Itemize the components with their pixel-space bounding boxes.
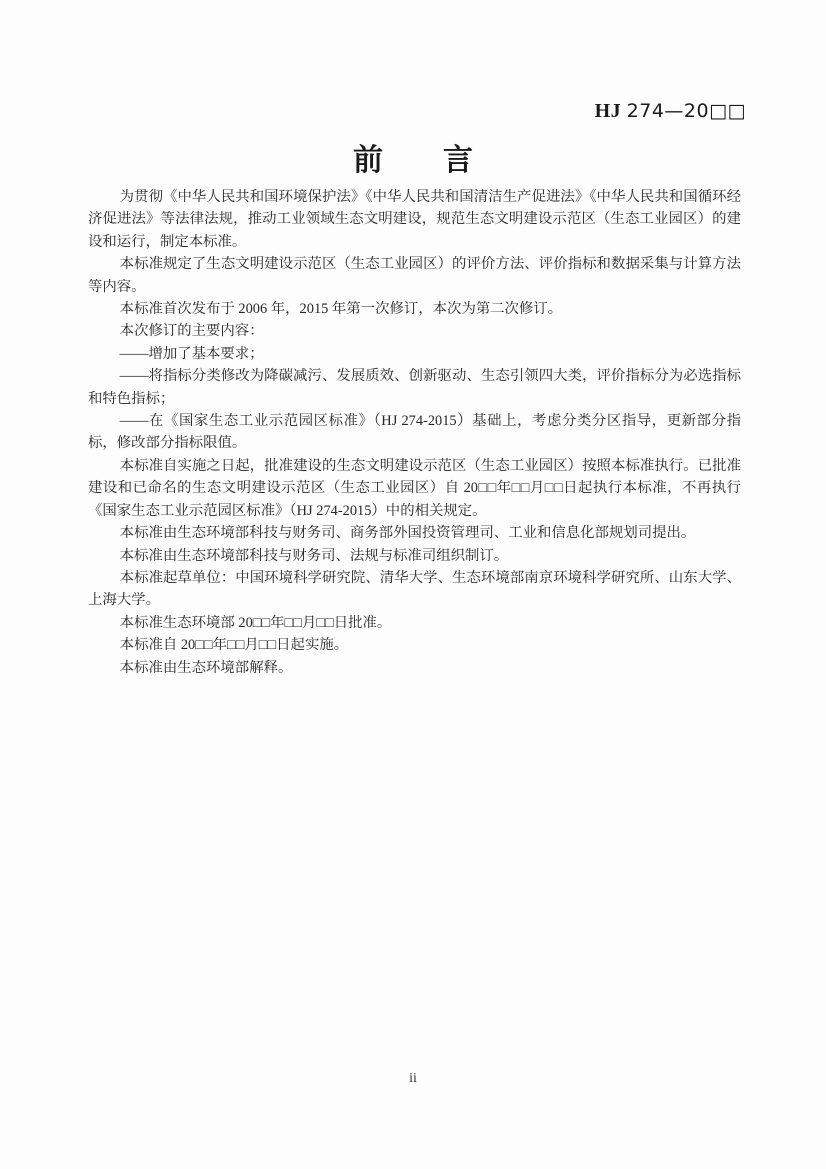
paragraph-revision-history: 本标准首次发布于 2006 年，2015 年第一次修订，本次为第二次修订。 <box>88 298 741 320</box>
paragraph-purpose: 为贯彻《中华人民共和国环境保护法》《中华人民共和国清洁生产促进法》《中华人民共和… <box>88 186 741 253</box>
page-number: ii <box>0 1071 826 1087</box>
standard-code-header: HJ 274—20□□ <box>595 100 746 123</box>
document-page: HJ 274—20□□ 前 言 为贯彻《中华人民共和国环境保护法》《中华人民共和… <box>0 0 826 1169</box>
paragraph-organized-by: 本标准由生态环境部科技与财务司、法规与标准司组织制订。 <box>88 545 741 567</box>
standard-code-number: 274—20□□ <box>627 100 746 122</box>
paragraph-scope: 本标准规定了生态文明建设示范区（生态工业园区）的评价方法、评价指标和数据采集与计… <box>88 253 741 298</box>
standard-code-prefix: HJ <box>595 100 622 122</box>
paragraph-proposed-by: 本标准由生态环境部科技与财务司、商务部外国投资管理司、工业和信息化部规划司提出。 <box>88 522 741 544</box>
paragraph-revision-item-3: ——在《国家生态工业示范园区标准》（HJ 274-2015）基础上，考虑分类分区… <box>88 410 741 455</box>
foreword-body: 为贯彻《中华人民共和国环境保护法》《中华人民共和国清洁生产促进法》《中华人民共和… <box>88 186 741 679</box>
paragraph-effective-date: 本标准自 20□□年□□月□□日起实施。 <box>88 634 741 656</box>
paragraph-revision-intro: 本次修订的主要内容： <box>88 320 741 342</box>
foreword-title: 前 言 <box>0 144 826 178</box>
paragraph-implementation: 本标准自实施之日起，批准建设的生态文明建设示范区（生态工业园区）按照本标准执行。… <box>88 455 741 522</box>
paragraph-approval-date: 本标准生态环境部 20□□年□□月□□日批准。 <box>88 612 741 634</box>
paragraph-revision-item-1: ——增加了基本要求； <box>88 343 741 365</box>
paragraph-drafting-units: 本标准起草单位：中国环境科学研究院、清华大学、生态环境部南京环境科学研究所、山东… <box>88 567 741 612</box>
paragraph-revision-item-2: ——将指标分类修改为降碳减污、发展质效、创新驱动、生态引领四大类，评价指标分为必… <box>88 365 741 410</box>
paragraph-interpretation: 本标准由生态环境部解释。 <box>88 657 741 679</box>
